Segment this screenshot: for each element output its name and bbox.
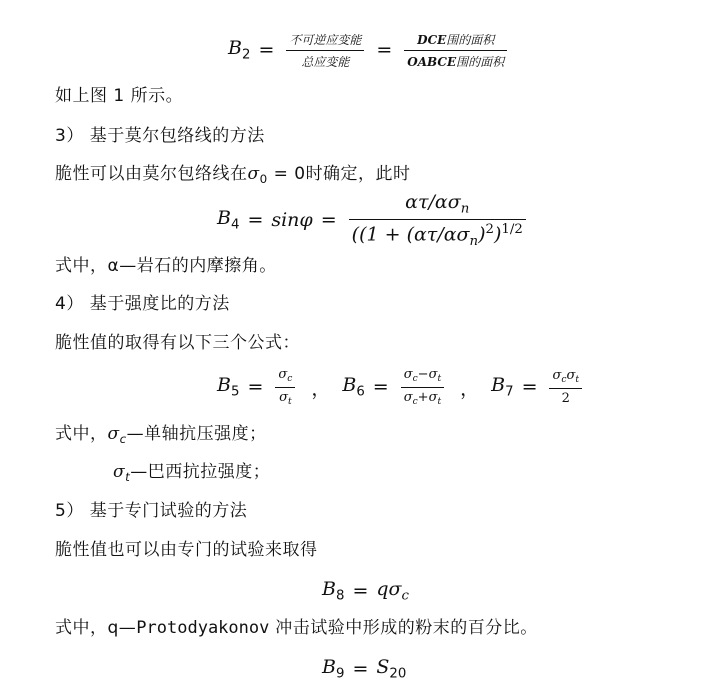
denominator: σc+σt [401, 390, 444, 407]
numerator: ατ/ασn [402, 191, 472, 217]
equals-sign: = [258, 39, 274, 61]
b4-sin-phi: sinφ [271, 209, 312, 231]
b6-fraction: σc−σt σc+σt [401, 367, 444, 406]
b5-fraction: σc σt [275, 367, 295, 406]
equals-sign: = [247, 209, 263, 231]
equals-sign: = [373, 376, 389, 398]
numerator: σcσt [549, 368, 582, 385]
equals-sign: = [247, 376, 263, 398]
equations-b5-b6-b7: B5 = σc σt ， B6 = σc−σt σc+σt ， B7 = σcσ… [217, 366, 586, 408]
denominator: 总应变能 [298, 53, 352, 70]
b2-fraction-strain-energy: 不可逆应变能 总应变能 [286, 31, 364, 70]
equals-sign: = [321, 209, 337, 231]
paragraph-figure-ref: 如上图 1 所示。 [55, 86, 183, 106]
equation-b2: B2 = 不可逆应变能 总应变能 = DCE围的面积 OABCE围的面积 [228, 28, 511, 72]
numerator: σc [275, 367, 295, 384]
b7-lhs: B7 [491, 374, 513, 400]
b2-fraction-area: DCE围的面积 OABCE围的面积 [404, 31, 507, 70]
b2-lhs: B2 [228, 37, 250, 63]
equation-b9: B9 = S20 [322, 656, 406, 682]
b8-lhs: B8 [322, 578, 344, 604]
heading-special-test: 5） 基于专门试验的方法 [55, 501, 247, 521]
paragraph-mohr-condition: 脆性可以由莫尔包络线在σ0 = 0时确定，此时 [55, 164, 411, 189]
equation-b4: B4 = sinφ = ατ/ασn ((1 + (ατ/ασn)2)1/2 [217, 196, 530, 244]
paragraph-special-test: 脆性值也可以由专门的试验来取得 [55, 540, 318, 560]
fraction-bar [549, 388, 582, 389]
equals-sign: = [376, 39, 392, 61]
denominator: ((1 + (ατ/ασn)2)1/2 [349, 222, 526, 249]
heading-mohr-envelope: 3） 基于莫尔包络线的方法 [55, 126, 265, 146]
paragraph-sigma-t-definition: σt—巴西抗拉强度； [113, 462, 270, 487]
b9-lhs: B9 [322, 656, 344, 682]
fraction-bar [286, 50, 364, 51]
denominator: 2 [559, 391, 573, 406]
fraction-bar [275, 387, 295, 388]
paragraph-three-formulas: 脆性值的取得有以下三个公式： [55, 333, 300, 353]
denominator: σt [276, 390, 295, 407]
fraction-bar [404, 50, 507, 51]
b4-fraction: ατ/ασn ((1 + (ατ/ασn)2)1/2 [349, 191, 526, 249]
heading-strength-ratio: 4） 基于强度比的方法 [55, 294, 230, 314]
equals-sign: = [522, 376, 538, 398]
b7-fraction: σcσt 2 [549, 368, 582, 405]
paragraph-alpha-definition: 式中，α—岩石的内摩擦角。 [55, 256, 277, 276]
paragraph-q-definition: 式中，q—Protodyakonov 冲击试验中形成的粉末的百分比。 [55, 618, 538, 638]
equals-sign: = [352, 658, 368, 680]
fraction-bar [401, 387, 444, 388]
numerator: σc−σt [401, 367, 444, 384]
b8-rhs: qσc [376, 578, 409, 604]
numerator: 不可逆应变能 [286, 31, 364, 48]
separator-comma: ， [460, 374, 479, 401]
fraction-bar [349, 219, 526, 220]
separator-comma: ， [311, 374, 330, 401]
b5-lhs: B5 [217, 374, 239, 400]
b4-lhs: B4 [217, 207, 239, 233]
b9-rhs: S20 [376, 656, 406, 682]
numerator: DCE围的面积 [414, 31, 497, 48]
paragraph-sigma-c-definition: 式中，σc—单轴抗压强度； [55, 424, 267, 449]
equation-b8: B8 = qσc [322, 578, 409, 604]
denominator: OABCE围的面积 [404, 53, 507, 70]
equals-sign: = [352, 580, 368, 602]
b6-lhs: B6 [342, 374, 364, 400]
